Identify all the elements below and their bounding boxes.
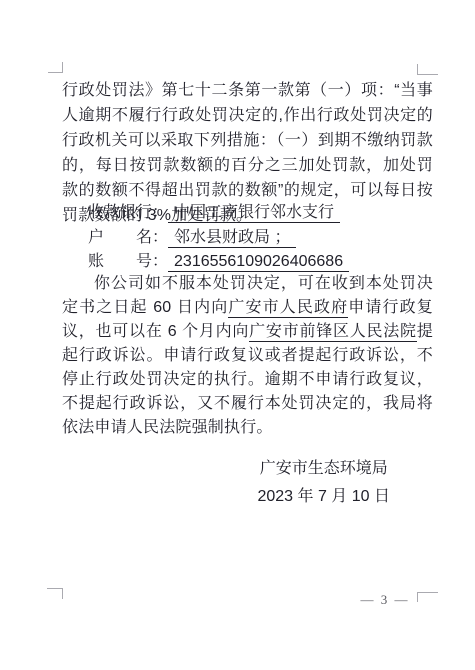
account-number-value: 2316556109026406686 xyxy=(168,253,349,272)
appeal-rights-paragraph: 你公司如不服本处罚决定，可在收到本处罚决定书之日起 60 日内向广安市人民政府申… xyxy=(62,272,433,440)
issuing-agency: 广安市生态环境局 xyxy=(257,455,390,483)
crop-mark-bottom-left-icon xyxy=(47,588,63,599)
court-underlined: 广安市前锋区人民法院 xyxy=(249,323,417,342)
signature-block: 广安市生态环境局 2023 年 7 月 10 日 xyxy=(257,455,390,511)
crop-mark-top-right-icon xyxy=(417,64,438,75)
issue-date: 2023 年 7 月 10 日 xyxy=(257,483,390,511)
page-number: — 3 — xyxy=(352,592,418,608)
payment-info-block: 收款银行：中国工商银行邻水支行 户 名：邻水县财政局 ； 账 号：2316556… xyxy=(88,201,349,275)
bank-label: 收款银行： xyxy=(88,204,168,221)
payment-bank-row: 收款银行：中国工商银行邻水支行 xyxy=(88,201,349,226)
payment-account-number-row: 账 号：2316556109026406686 xyxy=(88,250,349,275)
document-page: 行政处罚法》第七十二条第一款第（一）项：“当事人逾期不履行行政处罚决定的,作出行… xyxy=(0,0,475,670)
bank-value: 中国工商银行邻水支行 xyxy=(168,204,340,223)
account-name-value: 邻水县财政局 ； xyxy=(168,229,296,248)
account-number-label: 账 号： xyxy=(88,253,168,270)
account-name-label: 户 名： xyxy=(88,229,168,246)
review-authority-underlined: 广安市人民政府 xyxy=(228,299,348,318)
crop-mark-top-left-icon xyxy=(48,62,63,73)
payment-account-name-row: 户 名：邻水县财政局 ； xyxy=(88,226,349,251)
crop-mark-bottom-right-icon xyxy=(417,592,438,602)
